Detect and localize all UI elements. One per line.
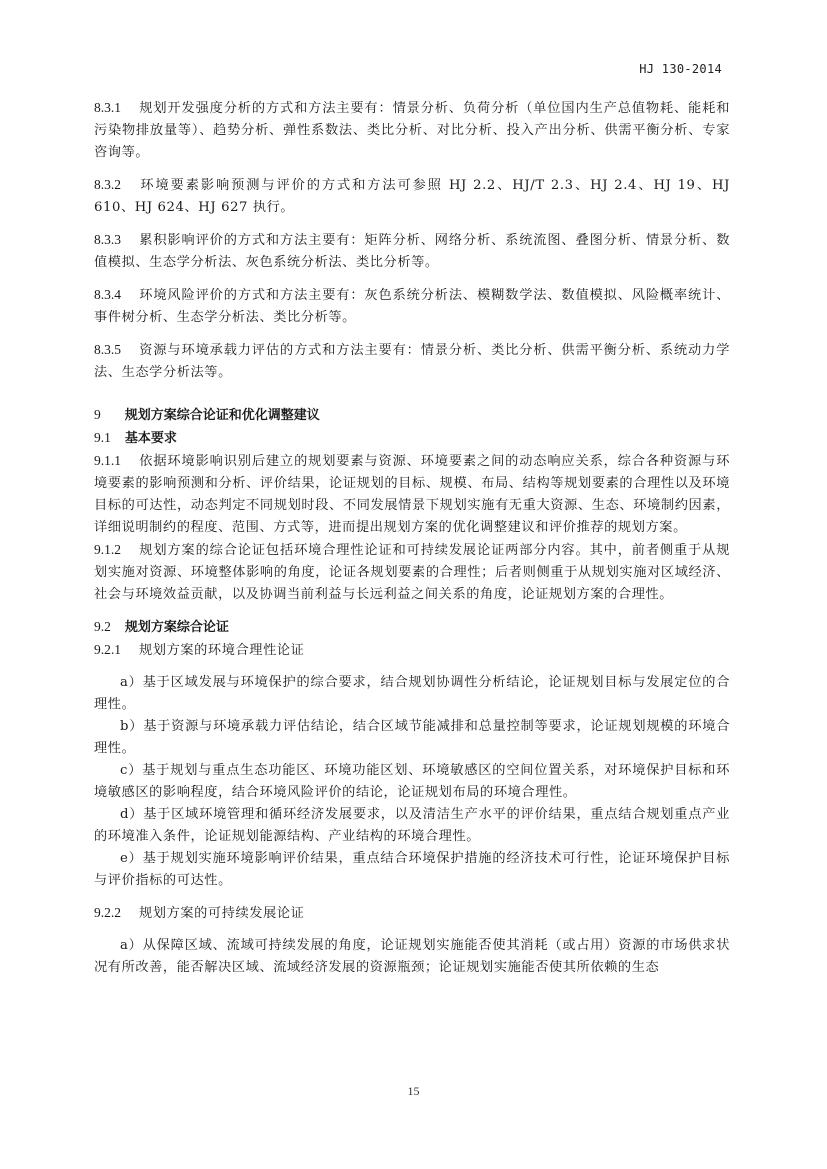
clause-number: 9.1.1	[94, 453, 121, 468]
heading-number: 9	[94, 407, 101, 422]
clause-text: 累积影响评价的方式和方法主要有：矩阵分析、网络分析、系统流图、叠图分析、情景分析…	[94, 233, 730, 270]
clause-8-3-4: 8.3.4环境风险评价的方式和方法主要有：灰色系统分析法、模糊数学法、数值模拟、…	[94, 284, 730, 329]
list-item-a: a）从保障区域、流域可持续发展的角度，论证规划实施能否使其消耗（或占用）资源的市…	[94, 935, 730, 979]
clause-8-3-3: 8.3.3累积影响评价的方式和方法主要有：矩阵分析、网络分析、系统流图、叠图分析…	[94, 229, 730, 274]
heading-title: 基本要求	[125, 431, 177, 446]
heading-title: 规划方案综合论证	[125, 620, 229, 635]
clause-number: 9.2.1	[94, 642, 121, 657]
heading-number: 9.2	[94, 619, 111, 634]
clause-number: 8.3.4	[94, 287, 121, 302]
list-item-d: d）基于区域环境管理和循环经济发展要求，以及清洁生产水平的评价结果，重点结合规划…	[94, 804, 730, 848]
list-item-e: e）基于规划实施环境影响评价结果，重点结合环境保护措施的经济技术可行性，论证环境…	[94, 848, 730, 892]
clause-9-1-2: 9.1.2规划方案的综合论证包括环境合理性论证和可持续发展论证两部分内容。其中，…	[94, 539, 730, 606]
clause-number: 9.1.2	[94, 542, 121, 557]
clause-9-2-2-title: 9.2.2规划方案的可持续发展论证	[94, 902, 730, 925]
heading-title: 规划方案综合论证和优化调整建议	[125, 408, 320, 423]
heading-9-1: 9.1基本要求	[94, 427, 730, 450]
clause-number: 8.3.5	[94, 342, 121, 357]
clause-9-1-1: 9.1.1依据环境影响识别后建立的规划要素与资源、环境要素之间的动态响应关系，综…	[94, 450, 730, 539]
standard-code: HJ 130-2014	[639, 62, 722, 76]
page-number: 15	[0, 1084, 827, 1099]
list-item-c: c）基于规划与重点生态功能区、环境功能区划、环境敏感区的空间位置关系，对环境保护…	[94, 760, 730, 804]
clause-title: 规划方案的可持续发展论证	[139, 906, 304, 921]
clause-text: 规划开发强度分析的方式和方法主要有：情景分析、负荷分析（单位国内生产总值物耗、能…	[94, 101, 730, 160]
clause-number: 8.3.3	[94, 232, 121, 247]
clause-title: 规划方案的环境合理性论证	[139, 643, 304, 658]
clause-8-3-1: 8.3.1规划开发强度分析的方式和方法主要有：情景分析、负荷分析（单位国内生产总…	[94, 97, 730, 164]
clause-text: 依据环境影响识别后建立的规划要素与资源、环境要素之间的动态响应关系，综合各种资源…	[94, 454, 730, 535]
list-item-b: b）基于资源与环境承载力评估结论，结合区域节能减排和总量控制等要求，论证规划规模…	[94, 716, 730, 760]
clause-9-2-1-title: 9.2.1规划方案的环境合理性论证	[94, 639, 730, 662]
clause-8-3-5: 8.3.5资源与环境承载力评估的方式和方法主要有：情景分析、类比分析、供需平衡分…	[94, 339, 730, 384]
heading-9-2: 9.2规划方案综合论证	[94, 616, 730, 639]
heading-number: 9.1	[94, 430, 111, 445]
clause-text: 资源与环境承载力评估的方式和方法主要有：情景分析、类比分析、供需平衡分析、系统动…	[94, 343, 730, 380]
document-body: 8.3.1规划开发强度分析的方式和方法主要有：情景分析、负荷分析（单位国内生产总…	[94, 97, 730, 979]
clause-number: 8.3.1	[94, 100, 121, 115]
clause-text: 规划方案的综合论证包括环境合理性论证和可持续发展论证两部分内容。其中，前者侧重于…	[94, 543, 730, 602]
clause-number: 9.2.2	[94, 905, 121, 920]
clause-number: 8.3.2	[94, 177, 121, 192]
clause-text: 环境要素影响预测与评价的方式和方法可参照 HJ 2.2、HJ/T 2.3、HJ …	[94, 178, 730, 215]
clause-text: 环境风险评价的方式和方法主要有：灰色系统分析法、模糊数学法、数值模拟、风险概率统…	[94, 288, 730, 325]
list-item-a: a）基于区域发展与环境保护的综合要求，结合规划协调性分析结论，论证规划目标与发展…	[94, 672, 730, 716]
heading-9: 9规划方案综合论证和优化调整建议	[94, 404, 730, 427]
clause-8-3-2: 8.3.2环境要素影响预测与评价的方式和方法可参照 HJ 2.2、HJ/T 2.…	[94, 174, 730, 219]
